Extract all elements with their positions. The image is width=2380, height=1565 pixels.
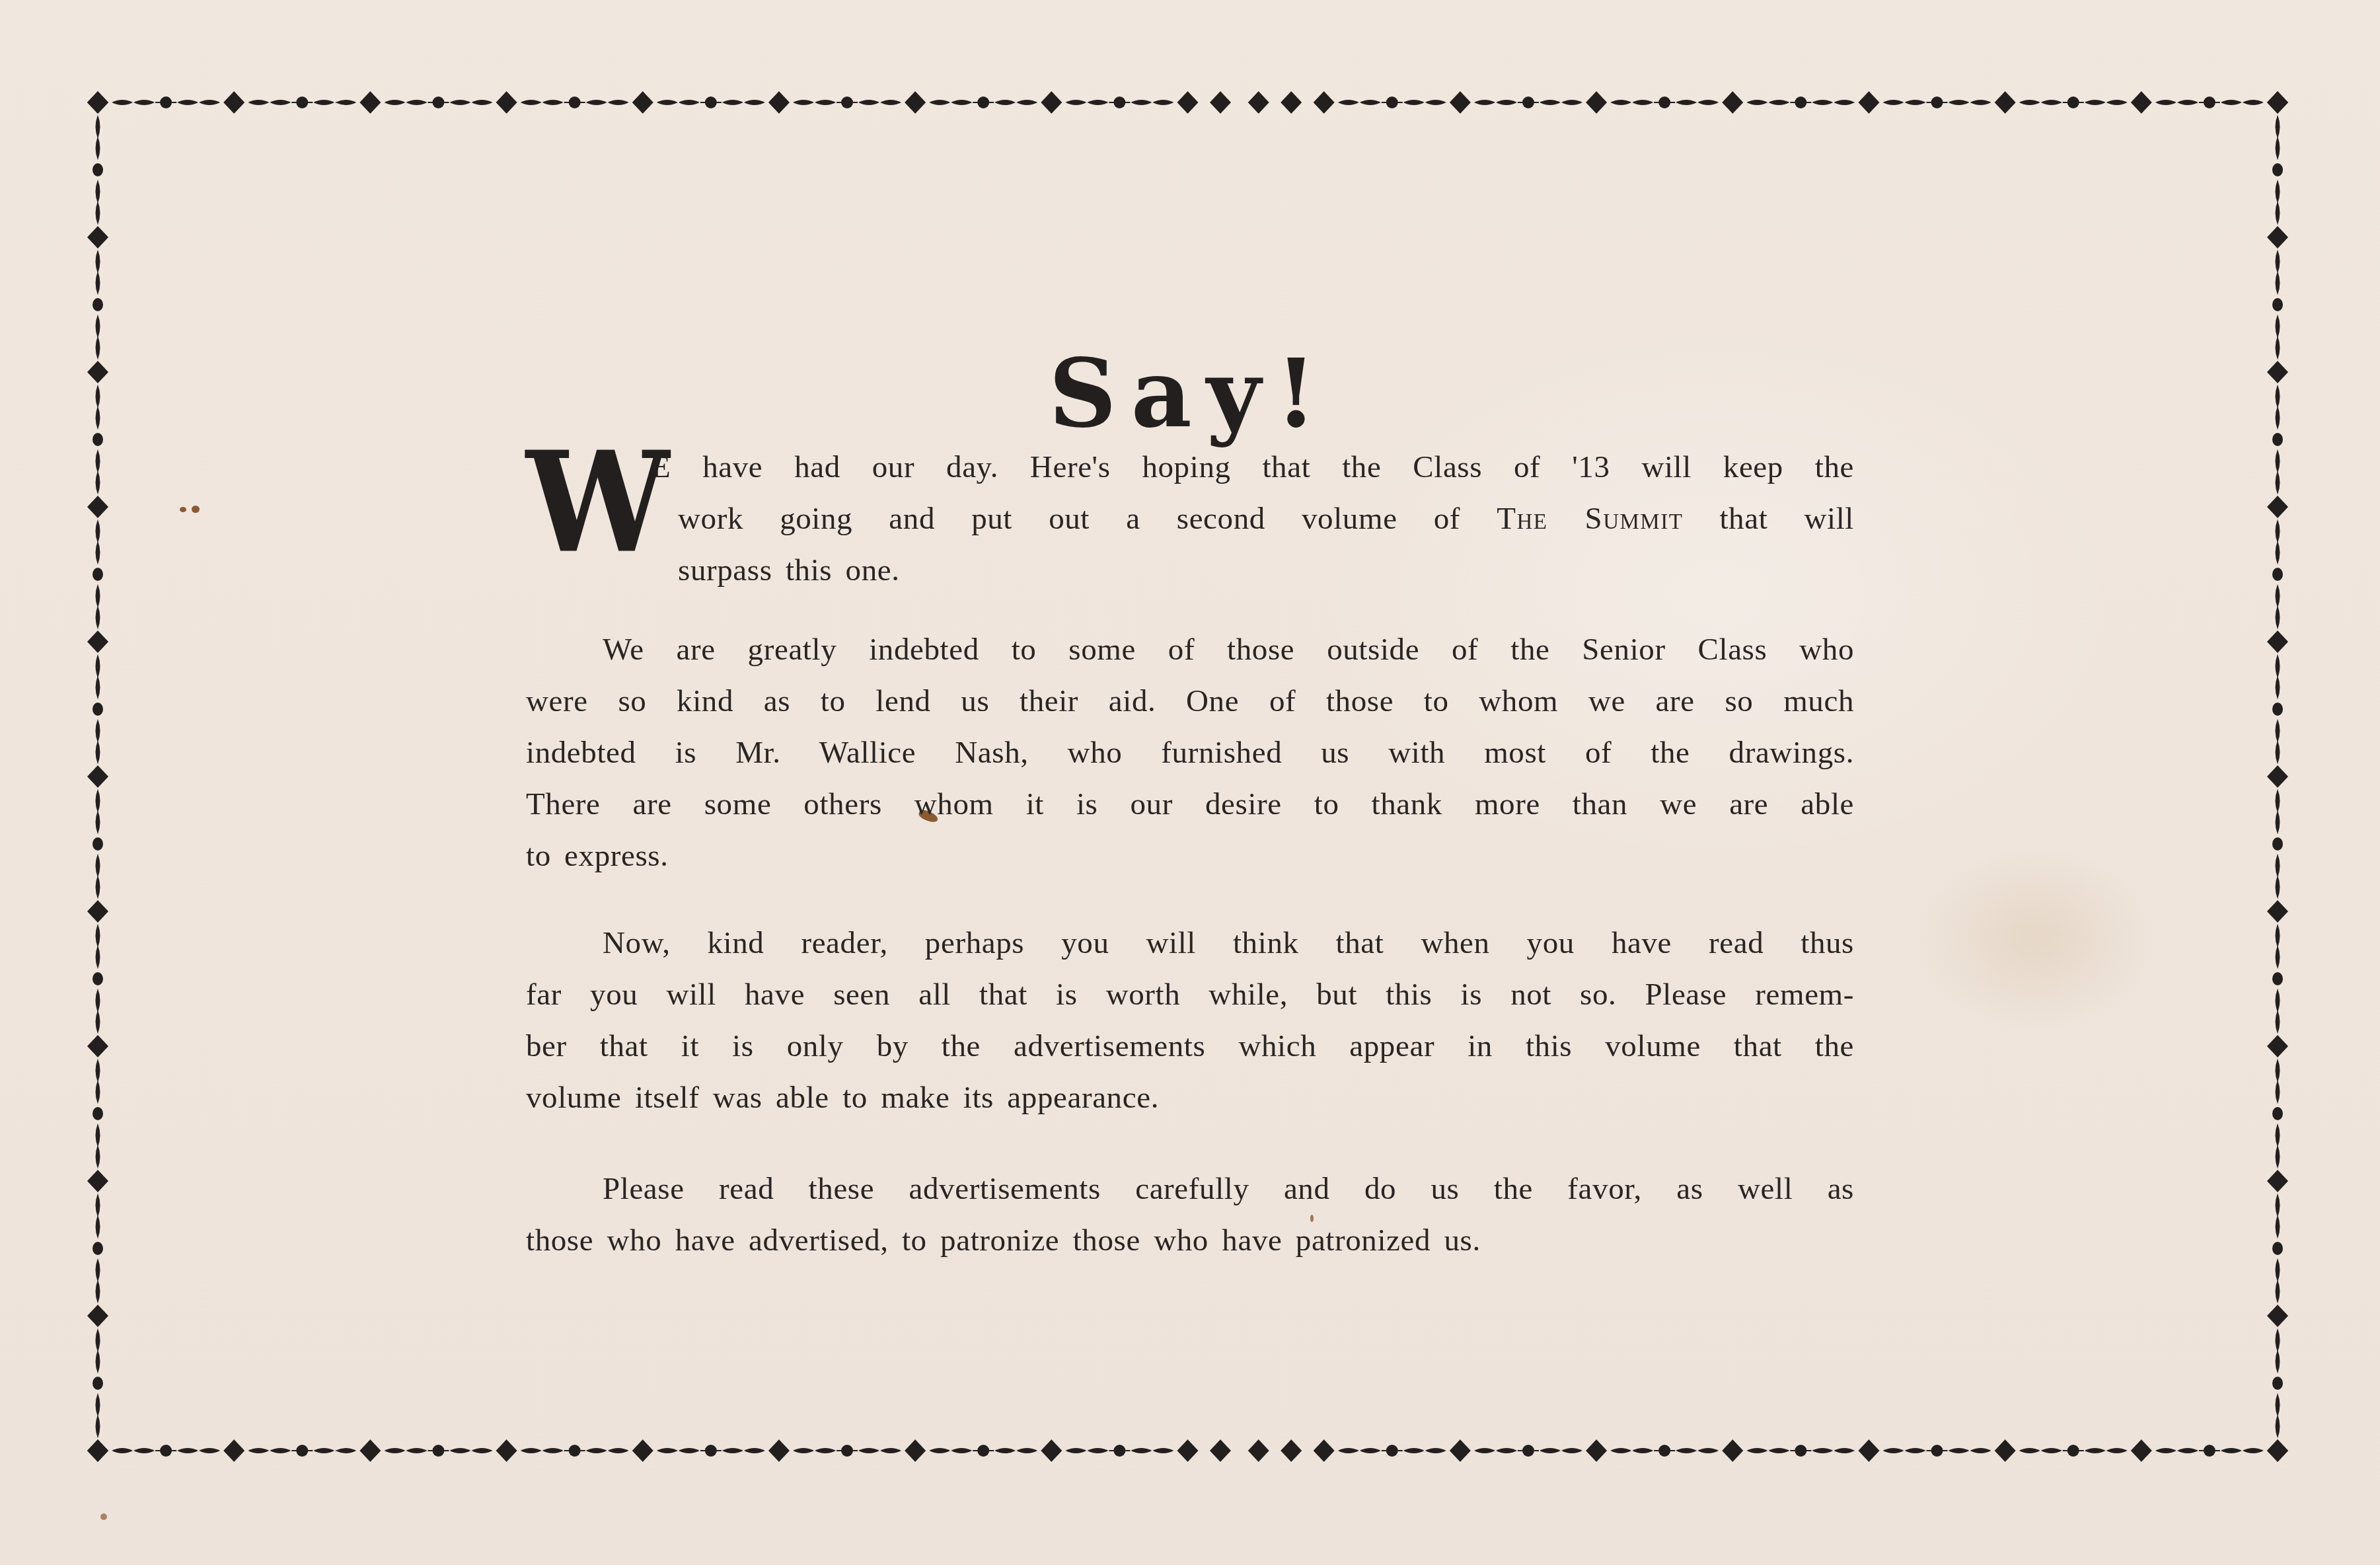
paragraph-line: E have had our day. Here's hoping that t…: [526, 441, 1854, 493]
paragraph-line: Now, kind reader, perhaps you will think…: [526, 917, 1854, 969]
paragraph-line: There are some others whom it is our des…: [526, 779, 1854, 830]
paragraph-line: to express.: [526, 830, 1854, 882]
paragraph-4: Please read these advertisements careful…: [526, 1163, 1854, 1266]
drop-cap: W: [526, 440, 670, 566]
publication-title: The Summit: [1497, 502, 1683, 536]
paragraph-line: those who have advertised, to patronize …: [526, 1215, 1854, 1266]
paragraph-line: far you will have seen all that is worth…: [526, 969, 1854, 1020]
page-title: Say!: [0, 347, 2380, 441]
paragraph-line: volume itself was able to make its appea…: [526, 1072, 1854, 1124]
paper-speck: [192, 506, 200, 513]
paragraph-line: were so kind as to lend us their aid. On…: [526, 675, 1854, 727]
paragraph-line: ber that it is only by the advertisement…: [526, 1020, 1854, 1072]
paper-speck: [100, 1513, 107, 1520]
paragraph-line: indebted is Mr. Wallice Nash, who furnis…: [526, 727, 1854, 779]
paragraph-1: W E have had our day. Here's hoping that…: [526, 441, 1854, 596]
paragraph-line: work going and put out a second volume o…: [526, 493, 1854, 545]
paper-speck: [180, 507, 186, 512]
paragraph-2: We are greatly indebted to some of those…: [526, 624, 1854, 882]
paragraph-3: Now, kind reader, perhaps you will think…: [526, 917, 1854, 1124]
paragraph-line: surpass this one.: [526, 545, 1854, 596]
paragraph-line: We are greatly indebted to some of those…: [526, 624, 1854, 675]
paragraph-line: Please read these advertisements careful…: [526, 1163, 1854, 1215]
